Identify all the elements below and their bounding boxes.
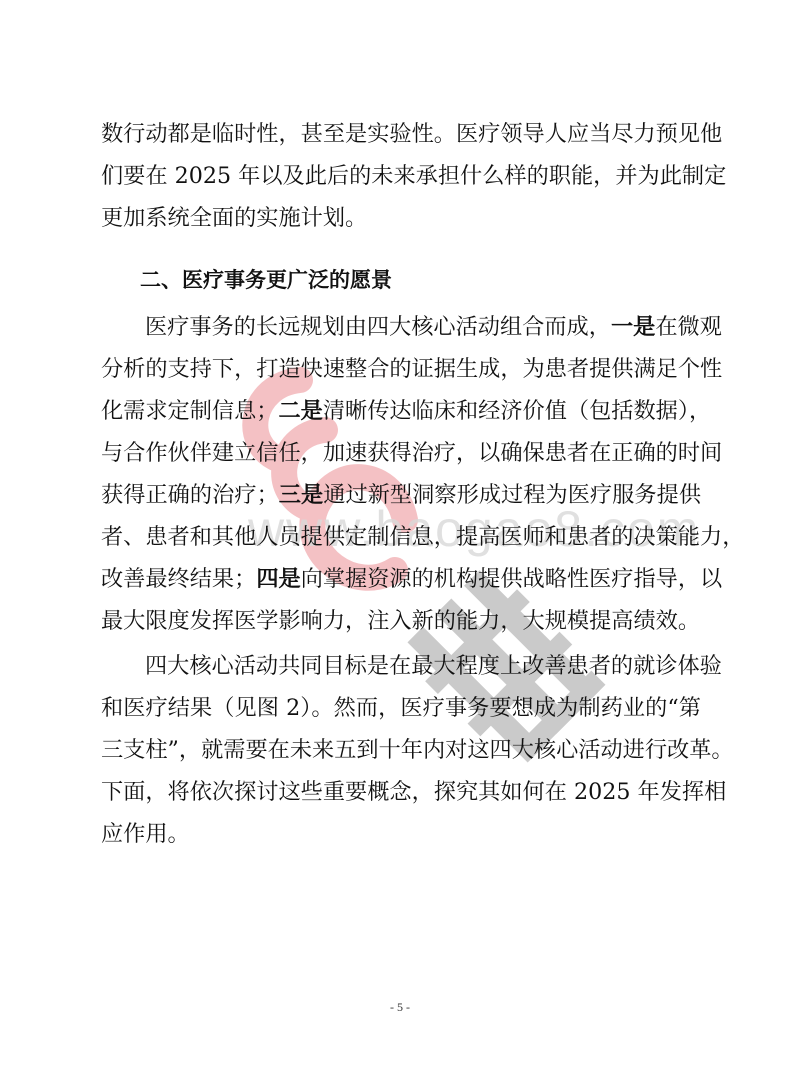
text-line: 化需求定制信息；二是清晰传达临床和经济价值（包括数据），: [101, 390, 701, 432]
text-line: 获得正确的治疗；三是通过新型洞察形成过程为医疗服务提供: [101, 474, 701, 516]
text-line: 改善最终结果；四是向掌握资源的机构提供战略性医疗指导，以: [101, 558, 701, 600]
text-line: 和医疗结果（见图 2）。然而，医疗事务要想成为制药业的“第: [101, 687, 701, 729]
document-content: 数行动都是临时性，甚至是实验性。医疗领导人应当尽力预见他 们要在 2025 年以…: [0, 0, 800, 1086]
text-line: 四大核心活动共同目标是在最大程度上改善患者的就诊体验: [101, 645, 701, 687]
text-line: 医疗事务的长远规划由四大核心活动组合而成，一是在微观: [101, 306, 701, 348]
text-line: 最大限度发挥医学影响力，注入新的能力，大规模提高绩效。: [101, 600, 701, 642]
text-line: 应作用。: [101, 813, 701, 855]
text-line: 更加系统全面的实施计划。: [101, 197, 701, 239]
text-line: 数行动都是临时性，甚至是实验性。医疗领导人应当尽力预见他: [101, 113, 701, 155]
text-line: 三支柱”，就需要在未来五到十年内对这四大核心活动进行改革。: [101, 729, 701, 771]
bold-marker: 一是: [611, 314, 655, 340]
text-line: 们要在 2025 年以及此后的未来承担什么样的职能，并为此制定: [101, 155, 701, 197]
vision-paragraph: 医疗事务的长远规划由四大核心活动组合而成，一是在微观 分析的支持下，打造快速整合…: [101, 306, 701, 642]
text-line: 下面，将依次探讨这些重要概念，探究其如何在 2025 年发挥相: [101, 771, 701, 813]
section-heading: 二、医疗事务更广泛的愿景: [140, 262, 392, 298]
document-page: www.baogao8.com 数行动都是临时性，甚至是实验性。医疗领导人应当尽…: [0, 0, 800, 1086]
bold-marker: 四是: [256, 566, 300, 592]
text-line: 者、患者和其他人员提供定制信息，提高医师和患者的决策能力，: [101, 516, 701, 558]
goals-paragraph: 四大核心活动共同目标是在最大程度上改善患者的就诊体验 和医疗结果（见图 2）。然…: [101, 645, 701, 855]
intro-paragraph: 数行动都是临时性，甚至是实验性。医疗领导人应当尽力预见他 们要在 2025 年以…: [101, 113, 701, 239]
page-number: - 5 -: [0, 1000, 800, 1015]
bold-marker: 三是: [279, 482, 323, 508]
bold-marker: 二是: [279, 398, 323, 424]
text-line: 分析的支持下，打造快速整合的证据生成，为患者提供满足个性: [101, 348, 701, 390]
text-line: 与合作伙伴建立信任，加速获得治疗，以确保患者在正确的时间: [101, 432, 701, 474]
